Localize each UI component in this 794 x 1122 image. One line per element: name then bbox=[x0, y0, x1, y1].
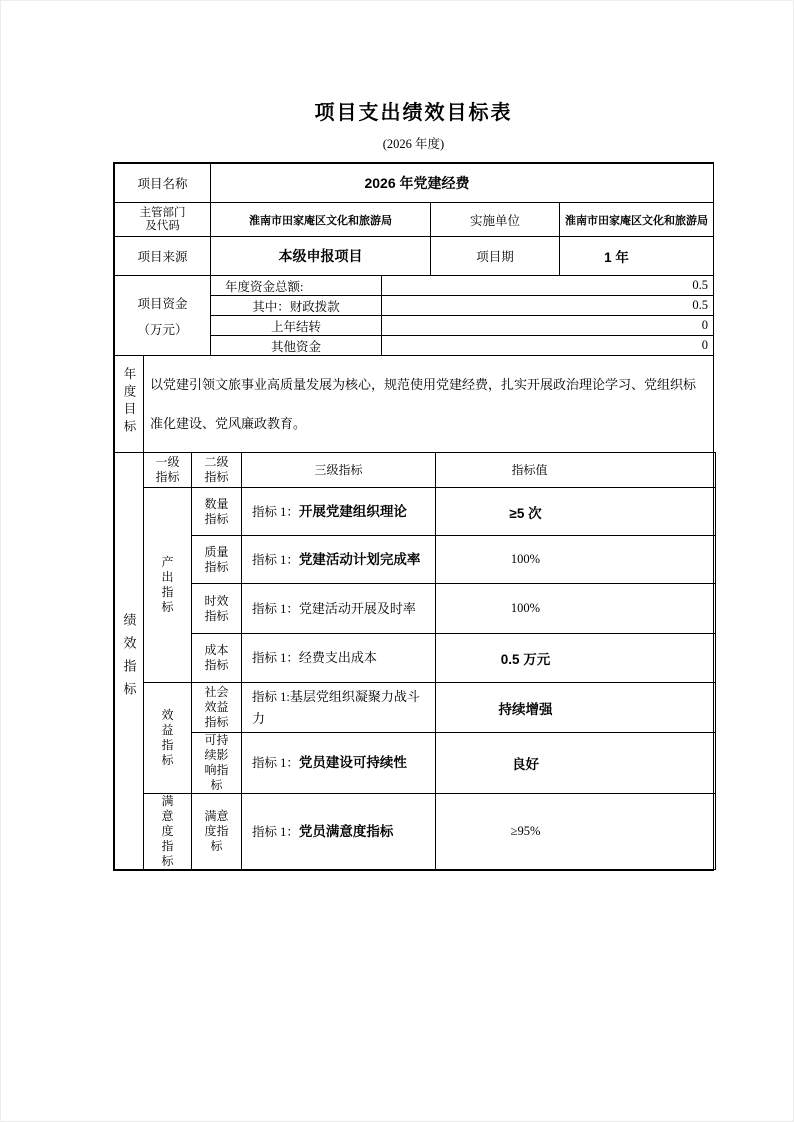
performance-table: 绩效指标 一级指标 二级指标 三级指标 指标值 产出指标 数量指标 指标 1：开… bbox=[114, 452, 716, 870]
dept-label: 主管部门 及代码 bbox=[115, 203, 211, 237]
indicator-value: 100% bbox=[436, 536, 716, 584]
impl-unit-value: 淮南市田家庵区文化和旅游局 bbox=[560, 203, 714, 237]
table-row: 项目资金 （万元） 年度资金总额: 0.5 bbox=[115, 276, 714, 296]
funding-row-label: 年度资金总额: bbox=[211, 276, 382, 296]
indicator-cell: 指标 1:基层党组织凝聚力战斗力 bbox=[242, 683, 436, 733]
table-row: 满意度指标 满意度指标 指标 1：党员满意度指标 ≥95% bbox=[115, 794, 716, 870]
funding-label: 项目资金 （万元） bbox=[115, 276, 211, 356]
level2-label: 时效指标 bbox=[192, 584, 242, 634]
level2-label: 成本指标 bbox=[192, 634, 242, 683]
header-value: 指标值 bbox=[436, 453, 716, 488]
level2-label: 可持续影响指标 bbox=[192, 733, 242, 794]
indicator-value: 持续增强 bbox=[436, 683, 716, 733]
document-page: 项目支出绩效目标表 (2026 年度) 项目名称 2026 年党建经费 主管部门… bbox=[0, 0, 794, 1122]
funding-label-line1: 项目资金 bbox=[115, 294, 210, 312]
level2-label: 数量指标 bbox=[192, 488, 242, 536]
table-row: 效益指标 社会效益指标 指标 1:基层党组织凝聚力战斗力 持续增强 bbox=[115, 683, 716, 733]
table-row: 主管部门 及代码 淮南市田家庵区文化和旅游局 实施单位 淮南市田家庵区文化和旅游… bbox=[115, 203, 714, 237]
annual-goal-text: 以党建引领文旅事业高质量发展为核心，规范使用党建经费，扎实开展政治理论学习、党组… bbox=[144, 356, 714, 453]
funding-label-line2: （万元） bbox=[115, 320, 210, 338]
project-period-value: 1 年 bbox=[560, 237, 714, 276]
impl-unit-label: 实施单位 bbox=[431, 203, 560, 237]
funding-row-label: 其他资金 bbox=[211, 336, 382, 356]
indicator-cell: 指标 1：开展党建组织理论 bbox=[242, 488, 436, 536]
indicator-cell: 指标 1：经费支出成本 bbox=[242, 634, 436, 683]
level2-label: 质量指标 bbox=[192, 536, 242, 584]
indicator-value: 100% bbox=[436, 584, 716, 634]
header-level3: 三级指标 bbox=[242, 453, 436, 488]
page-title: 项目支出绩效目标表 bbox=[113, 101, 714, 126]
dept-value: 淮南市田家庵区文化和旅游局 bbox=[211, 203, 431, 237]
level1-satisfaction: 满意度指标 bbox=[144, 794, 192, 870]
funding-table: 项目资金 （万元） 年度资金总额: 0.5 其中：财政拨款 0.5 上年结转 0… bbox=[114, 275, 714, 356]
indicator-cell: 指标 1：党建活动开展及时率 bbox=[242, 584, 436, 634]
indicator-cell: 指标 1：党员满意度指标 bbox=[242, 794, 436, 870]
table-row: 成本指标 指标 1：经费支出成本 0.5 万元 bbox=[115, 634, 716, 683]
dept-label-line2: 及代码 bbox=[115, 220, 210, 233]
funding-row-label: 其中：财政拨款 bbox=[211, 296, 382, 316]
performance-label: 绩效指标 bbox=[115, 453, 144, 870]
table-row: 项目名称 2026 年党建经费 bbox=[115, 164, 714, 203]
dept-label-line1: 主管部门 bbox=[115, 207, 210, 220]
funding-row-value: 0 bbox=[382, 316, 714, 336]
page-subtitle: (2026 年度) bbox=[113, 137, 714, 152]
indicator-value: ≥5 次 bbox=[436, 488, 716, 536]
header-level2: 二级指标 bbox=[192, 453, 242, 488]
project-period-label: 项目期 bbox=[431, 237, 560, 276]
indicator-value: 0.5 万元 bbox=[436, 634, 716, 683]
performance-target-form: 项目支出绩效目标表 (2026 年度) 项目名称 2026 年党建经费 主管部门… bbox=[113, 101, 714, 871]
indicator-value: 良好 bbox=[436, 733, 716, 794]
table-row: 绩效指标 一级指标 二级指标 三级指标 指标值 bbox=[115, 453, 716, 488]
table-row: 产出指标 数量指标 指标 1：开展党建组织理论 ≥5 次 bbox=[115, 488, 716, 536]
basic-info-table: 项目名称 2026 年党建经费 主管部门 及代码 淮南市田家庵区文化和旅游局 实… bbox=[114, 163, 714, 276]
table-row: 时效指标 指标 1：党建活动开展及时率 100% bbox=[115, 584, 716, 634]
header-level1: 一级指标 bbox=[144, 453, 192, 488]
funding-row-label: 上年结转 bbox=[211, 316, 382, 336]
project-name-value: 2026 年党建经费 bbox=[211, 164, 714, 203]
funding-row-value: 0 bbox=[382, 336, 714, 356]
project-source-value: 本级申报项目 bbox=[211, 237, 431, 276]
indicator-value: ≥95% bbox=[436, 794, 716, 870]
annual-goal-table: 年度目标 以党建引领文旅事业高质量发展为核心，规范使用党建经费，扎实开展政治理论… bbox=[114, 355, 714, 453]
form-table: 项目名称 2026 年党建经费 主管部门 及代码 淮南市田家庵区文化和旅游局 实… bbox=[113, 162, 714, 871]
annual-goal-label: 年度目标 bbox=[115, 356, 144, 453]
project-name-label: 项目名称 bbox=[115, 164, 211, 203]
table-row: 质量指标 指标 1：党建活动计划完成率 100% bbox=[115, 536, 716, 584]
funding-row-value: 0.5 bbox=[382, 296, 714, 316]
indicator-cell: 指标 1：党建活动计划完成率 bbox=[242, 536, 436, 584]
table-row: 可持续影响指标 指标 1：党员建设可持续性 良好 bbox=[115, 733, 716, 794]
table-row: 项目来源 本级申报项目 项目期 1 年 bbox=[115, 237, 714, 276]
table-row: 年度目标 以党建引领文旅事业高质量发展为核心，规范使用党建经费，扎实开展政治理论… bbox=[115, 356, 714, 453]
indicator-cell: 指标 1：党员建设可持续性 bbox=[242, 733, 436, 794]
project-source-label: 项目来源 bbox=[115, 237, 211, 276]
funding-row-value: 0.5 bbox=[382, 276, 714, 296]
level2-label: 社会效益指标 bbox=[192, 683, 242, 733]
level1-benefit: 效益指标 bbox=[144, 683, 192, 794]
level1-output: 产出指标 bbox=[144, 488, 192, 683]
level2-label: 满意度指标 bbox=[192, 794, 242, 870]
